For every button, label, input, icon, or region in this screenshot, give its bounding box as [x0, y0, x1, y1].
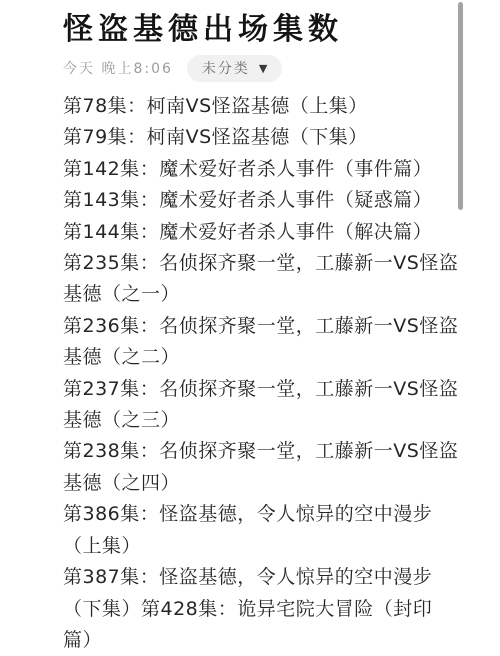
- scrollbar-thumb[interactable]: [458, 2, 463, 210]
- note-timestamp: 今天 晚上8:06: [63, 58, 173, 78]
- note-line: 第142集：魔术爱好者杀人事件（事件篇）: [63, 154, 460, 185]
- note-line: （下集）第428集：诡异宅院大冒险（封印: [63, 594, 460, 625]
- note-title: 怪盗基德出场集数: [63, 10, 460, 50]
- note-line: 基德（之四）: [63, 468, 460, 499]
- note-line: 第144集：魔术爱好者杀人事件（解决篇）: [63, 217, 460, 248]
- note-line: 基德（之一）: [63, 279, 460, 310]
- category-label: 未分类: [202, 58, 250, 78]
- note-line: 第386集：怪盗基德，令人惊异的空中漫步: [63, 499, 460, 530]
- note-line: （上集）: [63, 531, 460, 562]
- note-page: 怪盗基德出场集数 今天 晚上8:06 未分类 ▼ 第78集：柯南VS怪盗基德（上…: [0, 0, 500, 656]
- note-line: 第235集：名侦探齐聚一堂，工藤新一VS怪盗: [63, 248, 460, 279]
- note-line: 第236集：名侦探齐聚一堂，工藤新一VS怪盗: [63, 311, 460, 342]
- chevron-down-icon: ▼: [259, 63, 267, 74]
- note-line: 第238集：名侦探齐聚一堂，工藤新一VS怪盗: [63, 436, 460, 467]
- note-line: 第79集：柯南VS怪盗基德（下集）: [63, 122, 460, 153]
- note-line: 第78集：柯南VS怪盗基德（上集）: [63, 91, 460, 122]
- note-line: 第143集：魔术爱好者杀人事件（疑惑篇）: [63, 185, 460, 216]
- category-dropdown-button[interactable]: 未分类 ▼: [187, 55, 282, 82]
- note-line: 第237集：名侦探齐聚一堂，工藤新一VS怪盗: [63, 374, 460, 405]
- note-line: 基德（之三）: [63, 405, 460, 436]
- note-line: 第387集：怪盗基德，令人惊异的空中漫步: [63, 562, 460, 593]
- note-meta-row: 今天 晚上8:06 未分类 ▼: [63, 54, 460, 82]
- note-body: 第78集：柯南VS怪盗基德（上集）第79集：柯南VS怪盗基德（下集）第142集：…: [63, 91, 460, 656]
- note-line: 基德（之二）: [63, 342, 460, 373]
- note-line: 篇）: [63, 625, 460, 656]
